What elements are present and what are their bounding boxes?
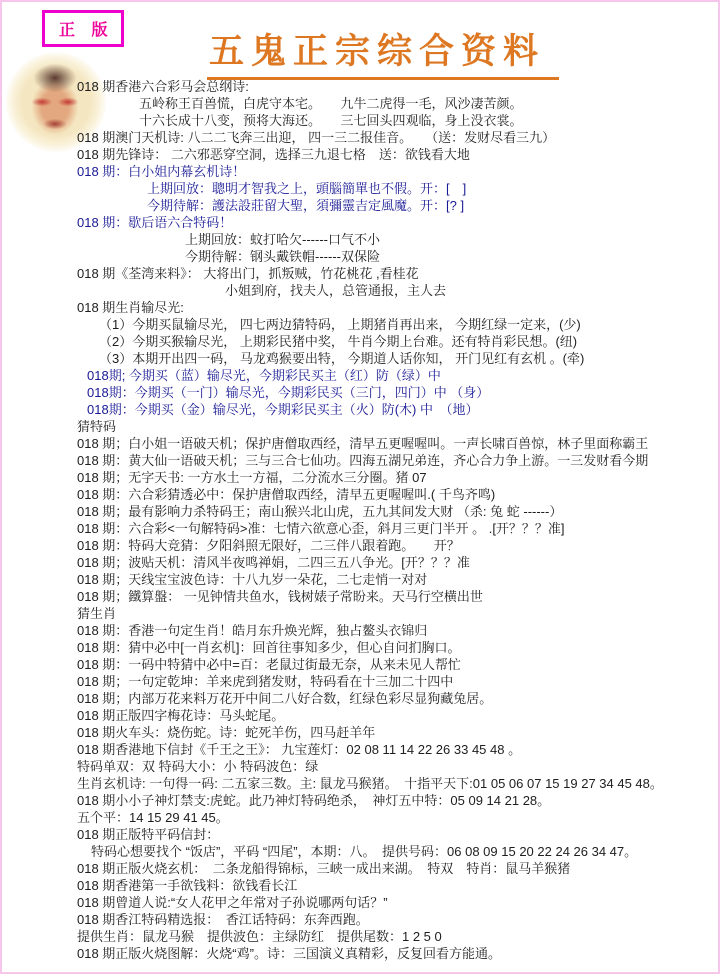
page-title: 五鬼正宗综合资料	[207, 24, 559, 80]
text-line: 018 期《荃湾来料》： 大将出门，抓叛贼，竹花桃花 ,看桂花	[77, 265, 718, 282]
text-line: 018 期香港六合彩马会总纲诗:	[77, 78, 718, 95]
text-line: （2）今期买猴输尽光， 上期彩民猪中奖， 牛肖今期上台难。还有特肖彩民想。(纽)	[77, 333, 718, 350]
text-line: 018 期正版火烧玄机： 二条龙船得锦标，三峡一成出来湖。 特双 特肖：鼠马羊猴…	[77, 860, 718, 877]
text-line: 018 期香港地下信封《千王之王》： 九宝莲灯：02 08 11 14 22 2…	[77, 741, 718, 758]
text-line: 小姐到府，找夫人，总管通报，主人去	[77, 282, 718, 299]
text-line: （1）今期买鼠输尽光， 四七两边猜特码， 上期猪肖再出来， 今期红绿一定来，(少…	[77, 316, 718, 333]
text-line: 特码单双：双 特码大小：小 特码波色：绿	[77, 758, 718, 775]
text-line: 018 期生肖输尽光:	[77, 299, 718, 316]
page-header: 正 版 五鬼正宗综合资料	[2, 2, 718, 74]
text-line: 018期; 今期买（蓝）输尽光，今期彩民买主（红）防（绿）中	[77, 367, 718, 384]
text-line: 018 期：白小姐内幕玄机诗！	[77, 163, 718, 180]
text-line: 上期回放：蚊打哈欠------口气不小	[77, 231, 718, 248]
text-line: 018 期：一码中特猜中必中=百：老鼠过街最无奈，从来未见人帮忙	[77, 656, 718, 673]
text-line: 提供生肖：鼠龙马猴 提供波色：主绿防红 提供尾数：1 2 5 0	[77, 928, 718, 945]
text-line: 018 期：香港一句定生肖！皓月东升焕光辉，独占鳌头衣锦归	[77, 622, 718, 639]
text-line: （3）本期开出四一码， 马龙鸡猴要出特， 今期道人话你知， 开门见红有玄机 。(…	[77, 350, 718, 367]
text-line: 018 期：黄大仙一语破天机；三与三合七仙功。四海五湖兄弟连，齐心合力争上游。一…	[77, 452, 718, 469]
text-line: 生肖玄机诗: 一句得一码: 二五家三数。主: 鼠龙马猴猪。 十指平天下:01 0…	[77, 775, 718, 792]
text-line: 018期：今期买（一门）输尽光，今期彩民买（三门，四门）中 （身）	[77, 384, 718, 401]
text-line: 五岭称王百兽慌，白虎守本宅。 九牛二虎得一毛，风沙凄苦颜。	[77, 95, 718, 112]
text-line: 018 期香港第一手欲钱料：欲钱看长江	[77, 877, 718, 894]
text-line: 018 期：六合彩猜透必中：保护唐僧取西经，清早五更喔喔叫.( 千鸟齐鸣)	[77, 486, 718, 503]
text-line: 十六长成十八变，预将大海还。 三七回头四观临，身上没衣裳。	[77, 112, 718, 129]
text-line: 018 期；最有影响力杀特码王；南山猴兴北山虎，五九其间发大财 （杀: 兔 蛇 …	[77, 503, 718, 520]
text-line: 018 期；天线宝宝波色诗：十八九岁一朵花，二七走悄一对对	[77, 571, 718, 588]
text-line: 018 期澳门天机诗: 八二二飞奔三出迎， 四一三二报佳音。 （送：发财尽看三九…	[77, 129, 718, 146]
text-line: 018 期；白小姐一语破天机；保护唐僧取西经，清早五更喔喔叫。一声长啸百兽惊，林…	[77, 435, 718, 452]
text-line: 018 期；无字天书: 一方水土一方福，二分流水三分圈。猪 07	[77, 469, 718, 486]
text-line: 猜特码	[77, 418, 718, 435]
tip-sheet-page: 正 版 五鬼正宗综合资料 018 期香港六合彩马会总纲诗:五岭称王百兽慌，白虎守…	[0, 0, 720, 974]
text-line: 018 期；鐵算盤： 一见钟情共鱼水，钱树婊子常盼来。天马行空横出世	[77, 588, 718, 605]
text-line: 018 期曾道人说:“女人花甲之年常对子孙说哪两句话？”	[77, 894, 718, 911]
text-line: 018 期：特码大竞猜：夕阳斜照无限好，二三伴八跟着跑。 开？	[77, 537, 718, 554]
text-line: 018 期正版四字梅花诗：马头蛇尾。	[77, 707, 718, 724]
text-line: 上期回放：聰明才智我之上，頭腦簡單也不假。开：[ ]	[77, 180, 718, 197]
text-line: 五个平：14 15 29 41 45。	[77, 809, 718, 826]
text-line: 018 期小小子神灯禁支:虎蛇。此乃神灯特码绝杀， 神灯五中特：05 09 14…	[77, 792, 718, 809]
text-line: 今期待解：钢头戴铁帽------双保险	[77, 248, 718, 265]
text-line: 018 期；内部万花来料万花开中间二八好合数，红绿色彩尽显狗藏兔居。	[77, 690, 718, 707]
text-line: 018期：今期买（金）输尽光，今期彩民买主（火）防(木) 中 （地）	[77, 401, 718, 418]
authentic-badge: 正 版	[42, 10, 124, 47]
text-line: 特码心想要找个 “饭店”，平码 “四尾”，本期：八。 提供号码：06 08 09…	[77, 843, 718, 860]
text-line: 018 期：猜中必中[一肖玄机]：回首往事知多少，但心自问扪胸口。	[77, 639, 718, 656]
text-line: 猜生肖	[77, 605, 718, 622]
text-line: 018 期正版火烧图解：火烧“鸡”。诗：三国演义真精彩，反复回看方能通。	[77, 945, 718, 962]
text-line: 018 期；波贴天机：清风半夜鸣禅娟，二四三五八争光。[开？？？准	[77, 554, 718, 571]
text-line: 018 期：歇后语六合特码！	[77, 214, 718, 231]
document-body: 018 期香港六合彩马会总纲诗:五岭称王百兽慌，白虎守本宅。 九牛二虎得一毛，风…	[2, 74, 718, 962]
text-line: 018 期；一句定乾坤：羊来虎到猪发财，特码看在十三加二十四中	[77, 673, 718, 690]
text-line: 018 期火车头：烧伤蛇。诗：蛇死羊伤，四马赶羊年	[77, 724, 718, 741]
text-line: 018 期先锋诗： 二六邪恶穿空洞，选择三九退七格 送：欲钱看大地	[77, 146, 718, 163]
text-line: 今期待解：護法設莊留大聖，須彌靈吉定風魔。开：[? ]	[77, 197, 718, 214]
text-line: 018 期：六合彩<一句解特码>准：七情六欲意心歪，斜月三更门半开 。 .[开？…	[77, 520, 718, 537]
text-line: 018 期正版特平码信封：	[77, 826, 718, 843]
text-line: 018 期香江特码精选报： 香江话特码：东奔西跑。	[77, 911, 718, 928]
